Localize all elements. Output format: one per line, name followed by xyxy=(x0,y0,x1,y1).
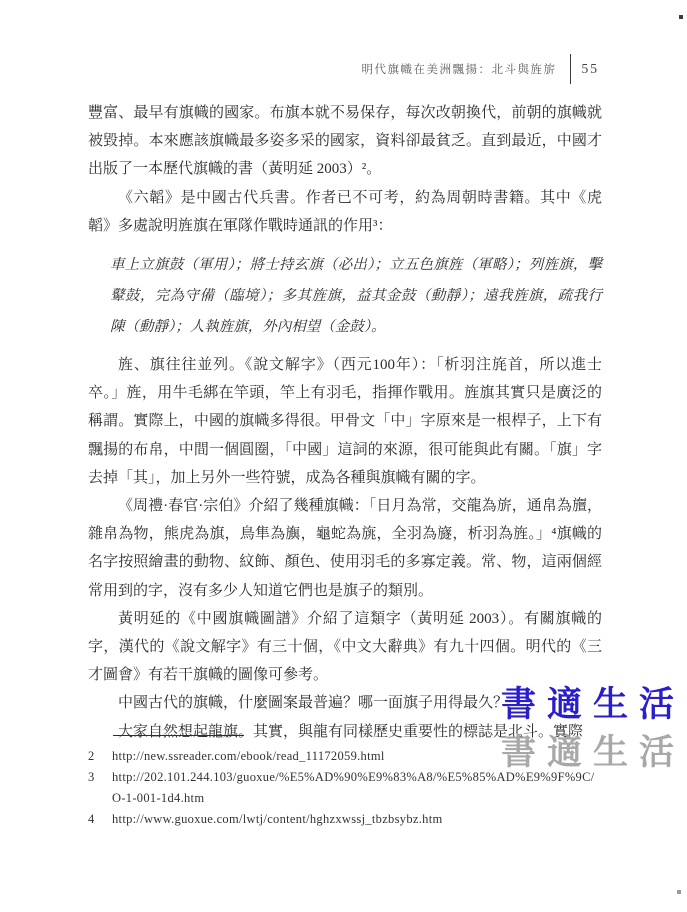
paragraph-huangmingyan: 黃明延的《中國旗幟圖譜》介紹了這類字（黃明延 2003）。有關旗幟的字，漢代的《… xyxy=(88,605,602,690)
footnote-separator-line xyxy=(113,735,244,736)
footnote-2-number: 2 xyxy=(88,746,112,767)
header-divider-line xyxy=(570,54,571,84)
page-header: 明代旗幟在美洲飄揚：北斗與旌旂 55 xyxy=(0,54,599,84)
footnote-3-number: 3 xyxy=(88,767,112,809)
scan-artifact-dot-top-right xyxy=(679,15,683,19)
paragraph-zhouli-flags: 《周禮·春官·宗伯》介紹了幾種旗幟：「日月為常，交龍為旂，通帛為旜，雜帛為物，熊… xyxy=(88,492,602,605)
running-head-title: 明代旗幟在美洲飄揚：北斗與旌旂 xyxy=(362,61,557,77)
block-quote-hutao: 車上立旗鼓（軍用）；將士持玄旗（必出）；立五色旗旌（軍略）；列旌旗，擊鼙鼓，完為… xyxy=(110,250,602,343)
paragraph-question: 中國古代的旗幟，什麼圖案最普遍？哪一面旗子用得最久？ xyxy=(88,689,602,717)
footnote-3-url: http://202.101.244.103/guoxue/%E5%AD%90%… xyxy=(112,767,602,809)
footnote-section: 2 http://new.ssreader.com/ebook/read_111… xyxy=(88,727,602,830)
footnote-4: 4 http://www.guoxue.com/lwtj/content/hgh… xyxy=(88,809,602,830)
page-number: 55 xyxy=(582,61,600,77)
footnote-4-url: http://www.guoxue.com/lwtj/content/hghzx… xyxy=(112,809,602,830)
footnote-3-url-line2: O-1-001-1d4.htm xyxy=(112,788,602,809)
scan-artifact-dot-bottom-right xyxy=(677,890,681,894)
footnote-3: 3 http://202.101.244.103/guoxue/%E5%AD%9… xyxy=(88,767,602,809)
paragraph-shuowen-jing: 旌、旗往往並列。《說文解字》（西元100年）：「析羽注旄首，所以進士卒。」旌，用… xyxy=(88,351,602,492)
book-page: 明代旗幟在美洲飄揚：北斗與旌旂 55 豐富、最早有旗幟的國家。布旗本就不易保存，… xyxy=(0,0,687,912)
paragraph-continued: 豐富、最早有旗幟的國家。布旗本就不易保存，每次改朝換代，前朝的旗幟就被毀掉。本來… xyxy=(88,99,602,184)
footnote-2: 2 http://new.ssreader.com/ebook/read_111… xyxy=(88,746,602,767)
paragraph-liutao-intro: 《六韜》是中國古代兵書。作者已不可考，約為周朝時書籍。其中《虎韜》多處說明旌旗在… xyxy=(88,184,602,240)
main-text-column: 豐富、最早有旗幟的國家。布旗本就不易保存，每次改朝換代，前朝的旗幟就被毀掉。本來… xyxy=(88,99,602,746)
footnote-4-number: 4 xyxy=(88,809,112,830)
footnote-3-url-line1: http://202.101.244.103/guoxue/%E5%AD%90%… xyxy=(112,767,602,788)
footnote-2-url: http://new.ssreader.com/ebook/read_11172… xyxy=(112,746,602,767)
